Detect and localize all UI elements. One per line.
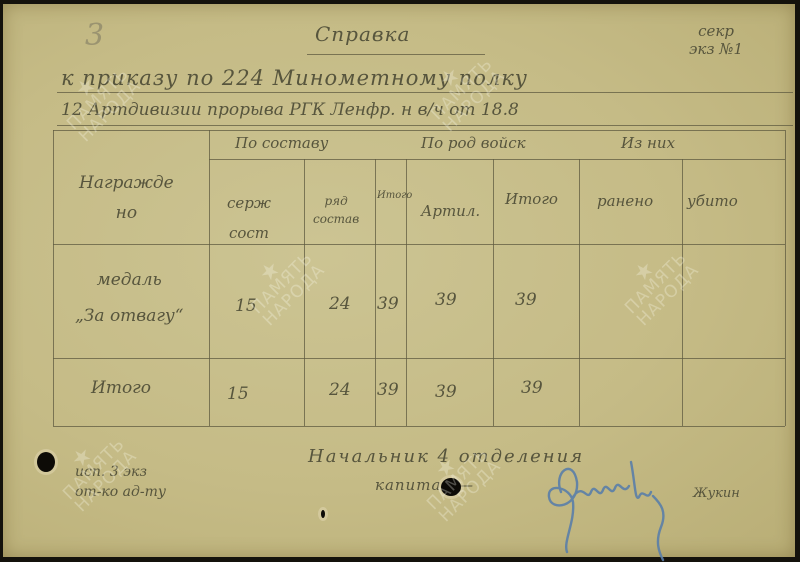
group-header-branch: По род войск <box>421 134 526 152</box>
awarded-header-line2: но <box>79 198 174 228</box>
punch-hole <box>321 510 325 518</box>
document-title: Справка <box>315 22 410 46</box>
division-reference-rule <box>57 125 793 126</box>
row-divider <box>53 358 785 359</box>
col-header-sergeant-line1: серж <box>227 188 271 218</box>
group-header-composition: По составу <box>235 134 328 152</box>
header-bottom-rule <box>53 244 785 245</box>
cell-total-branch: 39 <box>515 290 537 310</box>
col-header-wounded: ранено <box>597 192 653 210</box>
col-header-rank-file-line2: состав <box>313 210 359 228</box>
punch-hole <box>37 452 55 472</box>
col-header-total-branch: Итого <box>505 190 558 208</box>
col-divider-1 <box>209 130 210 426</box>
cell-total-branch: 39 <box>521 378 543 398</box>
row-label: Итого <box>91 378 151 398</box>
table-right-border <box>785 130 786 426</box>
awarded-header-line1: Награжде <box>79 168 174 198</box>
cell-artillery: 39 <box>435 290 457 310</box>
col-divider-6 <box>579 159 580 426</box>
col-divider-5 <box>493 159 494 426</box>
table-top-border <box>53 130 785 131</box>
title-underline <box>307 54 485 55</box>
cell-sergeant: 15 <box>227 384 249 404</box>
col-header-sergeant: серж сост <box>227 188 271 248</box>
row-label-line2: „За отвагу“ <box>75 298 183 334</box>
signer-name: Жукин <box>693 486 740 501</box>
col-header-total-composition: Итого <box>377 190 412 201</box>
cell-total-composition: 39 <box>377 294 399 314</box>
secrecy-note-line2: экз №1 <box>689 40 743 58</box>
table-bottom-border <box>53 426 785 427</box>
table-left-border <box>53 130 54 426</box>
awarded-header: Награжде но <box>79 168 174 228</box>
secrecy-note-line1: секр <box>689 22 743 40</box>
cell-total-composition: 39 <box>377 380 399 400</box>
col-divider-3 <box>375 159 376 426</box>
col-header-rank-file: ряд состав <box>313 192 359 228</box>
cell-rank-file: 24 <box>329 380 351 400</box>
group-header-rule <box>209 159 785 160</box>
watermark: ★ ПАМЯТЬ НАРОДА <box>611 238 703 330</box>
pencil-mark: 3 <box>85 18 104 53</box>
cell-rank-file: 24 <box>329 294 351 314</box>
col-header-killed: убито <box>687 192 738 210</box>
watermark: ★ ПАМЯТЬ НАРОДА <box>417 44 509 136</box>
row-label-line1: медаль <box>75 262 183 298</box>
col-header-rank-file-line1: ряд <box>313 192 359 210</box>
group-header-of-them: Из них <box>621 134 675 152</box>
row-label: медаль „За отвагу“ <box>75 262 183 334</box>
col-header-sergeant-line2: сост <box>227 218 271 248</box>
secrecy-note: секр экз №1 <box>689 22 743 58</box>
signature-icon <box>543 452 693 561</box>
document-sheet: 3 Справка секр экз №1 к приказу по 224 М… <box>3 4 795 557</box>
col-header-artillery: Артил. <box>421 202 480 220</box>
cell-artillery: 39 <box>435 382 457 402</box>
